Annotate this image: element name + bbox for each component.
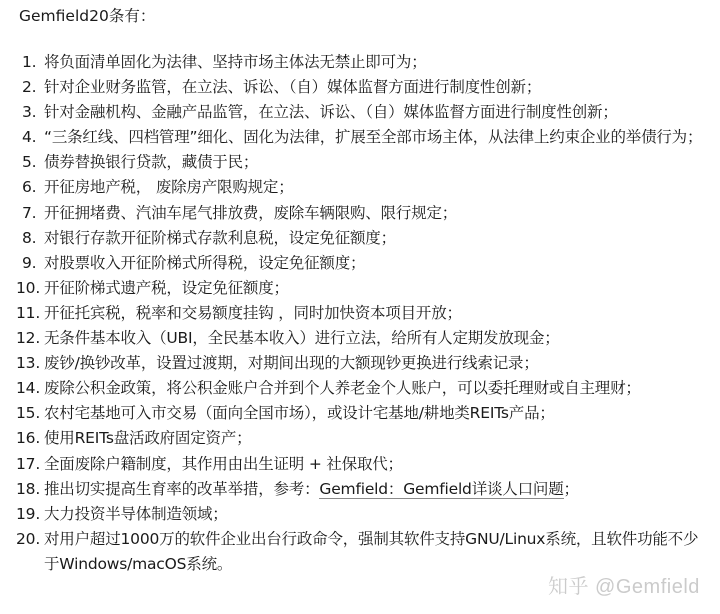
item-number: 15.: [16, 401, 44, 426]
item-number: 5.: [22, 150, 44, 175]
item-number: 20.: [16, 527, 44, 577]
item-text: 全面废除户籍制度，其作用由出生证明 + 社保取代；: [44, 452, 712, 477]
item-number: 19.: [16, 502, 44, 527]
item-number: 2.: [22, 75, 44, 100]
item-text: 将负面清单固化为法律、坚持市场主体法无禁止即可为；: [44, 50, 712, 75]
item-number: 12.: [16, 326, 44, 351]
item-text: 对用户超过1000万的软件企业出台行政命令，强制其软件支持GNU/Linux系统…: [44, 527, 712, 577]
list-item: 15.农村宅基地可入市交易（面向全国市场），或设计宅基地/耕地类REITs产品；: [22, 401, 712, 426]
item-number: 3.: [22, 100, 44, 125]
list-item: 6.开征房地产税， 废除房产限购规定；: [22, 175, 712, 200]
item-number: 1.: [22, 50, 44, 75]
list-item: 18.推出切实提高生育率的改革举措，参考：Gemfield：Gemfield详谈…: [22, 477, 712, 502]
item-number: 18.: [16, 477, 44, 502]
list-item: 12.无条件基本收入（UBI，全民基本收入）进行立法，给所有人定期发放现金；: [22, 326, 712, 351]
list-item: 1.将负面清单固化为法律、坚持市场主体法无禁止即可为；: [22, 50, 712, 75]
item-text: 对银行存款开征阶梯式存款利息税，设定免征额度；: [44, 226, 712, 251]
item-text: 针对企业财务监管，在立法、诉讼、（自）媒体监督方面进行制度性创新；: [44, 75, 712, 100]
article-link[interactable]: Gemfield：Gemfield详谈人口问题: [319, 480, 563, 499]
item-text: 对股票收入开征阶梯式所得税，设定免征额度；: [44, 251, 712, 276]
list-item: 4.“三条红线、四档管理”细化、固化为法律，扩展至全部市场主体，从法律上约束企业…: [22, 125, 712, 150]
list-item: 19.大力投资半导体制造领域；: [22, 502, 712, 527]
item-text: 大力投资半导体制造领域；: [44, 502, 712, 527]
list-item: 9.对股票收入开征阶梯式所得税，设定免征额度；: [22, 251, 712, 276]
item-text: 开征托宾税，税率和交易额度挂钩 ，同时加快资本项目开放；: [44, 301, 712, 326]
item-text: 无条件基本收入（UBI，全民基本收入）进行立法，给所有人定期发放现金；: [44, 326, 712, 351]
list-item: 16.使用REITs盘活政府固定资产；: [22, 426, 712, 451]
item-number: 9.: [22, 251, 44, 276]
list-item: 8.对银行存款开征阶梯式存款利息税，设定免征额度；: [22, 226, 712, 251]
item-number: 13.: [16, 351, 44, 376]
item-text: 农村宅基地可入市交易（面向全国市场），或设计宅基地/耕地类REITs产品；: [44, 401, 712, 426]
item-number: 17.: [16, 452, 44, 477]
item-text: 开征拥堵费、汽油车尾气排放费，废除车辆限购、限行规定；: [44, 201, 712, 226]
list-item: 13.废钞/换钞改革，设置过渡期，对期间出现的大额现钞更换进行线索记录；: [22, 351, 712, 376]
item-text-after-link: ；: [564, 480, 579, 498]
policy-list: 1.将负面清单固化为法律、坚持市场主体法无禁止即可为； 2.针对企业财务监管，在…: [22, 50, 712, 577]
item-number: 11.: [16, 301, 44, 326]
list-item: 2.针对企业财务监管，在立法、诉讼、（自）媒体监督方面进行制度性创新；: [22, 75, 712, 100]
list-item: 14.废除公积金政策，将公积金账户合并到个人养老金个人账户，可以委托理财或自主理…: [22, 376, 712, 401]
list-item: 11.开征托宾税，税率和交易额度挂钩 ，同时加快资本项目开放；: [22, 301, 712, 326]
item-number: 16.: [16, 426, 44, 451]
item-number: 7.: [22, 201, 44, 226]
item-text: 开征房地产税， 废除房产限购规定；: [44, 175, 712, 200]
list-item: 10.开征阶梯式遗产税，设定免征额度；: [22, 276, 712, 301]
list-item: 5.债券替换银行贷款，藏债于民；: [22, 150, 712, 175]
item-text: “三条红线、四档管理”细化、固化为法律，扩展至全部市场主体，从法律上约束企业的举…: [44, 125, 712, 150]
item-text: 推出切实提高生育率的改革举措，参考：Gemfield：Gemfield详谈人口问…: [44, 477, 712, 502]
list-item: 17.全面废除户籍制度，其作用由出生证明 + 社保取代；: [22, 452, 712, 477]
item-text: 废钞/换钞改革，设置过渡期，对期间出现的大额现钞更换进行线索记录；: [44, 351, 712, 376]
item-number: 6.: [22, 175, 44, 200]
item-text-before-link: 推出切实提高生育率的改革举措，参考：: [44, 480, 319, 498]
item-text: 针对金融机构、金融产品监管，在立法、诉讼、（自）媒体监督方面进行制度性创新；: [44, 100, 712, 125]
item-number: 4.: [22, 125, 44, 150]
list-heading: Gemfield20条有：: [19, 4, 155, 28]
item-number: 14.: [16, 376, 44, 401]
item-text: 使用REITs盘活政府固定资产；: [44, 426, 712, 451]
list-item: 3.针对金融机构、金融产品监管，在立法、诉讼、（自）媒体监督方面进行制度性创新；: [22, 100, 712, 125]
list-item: 7.开征拥堵费、汽油车尾气排放费，废除车辆限购、限行规定；: [22, 201, 712, 226]
list-item: 20.对用户超过1000万的软件企业出台行政命令，强制其软件支持GNU/Linu…: [22, 527, 712, 577]
item-text: 开征阶梯式遗产税，设定免征额度；: [44, 276, 712, 301]
item-text: 债券替换银行贷款，藏债于民；: [44, 150, 712, 175]
item-number: 8.: [22, 226, 44, 251]
item-text: 废除公积金政策，将公积金账户合并到个人养老金个人账户，可以委托理财或自主理财；: [44, 376, 712, 401]
item-number: 10.: [16, 276, 44, 301]
